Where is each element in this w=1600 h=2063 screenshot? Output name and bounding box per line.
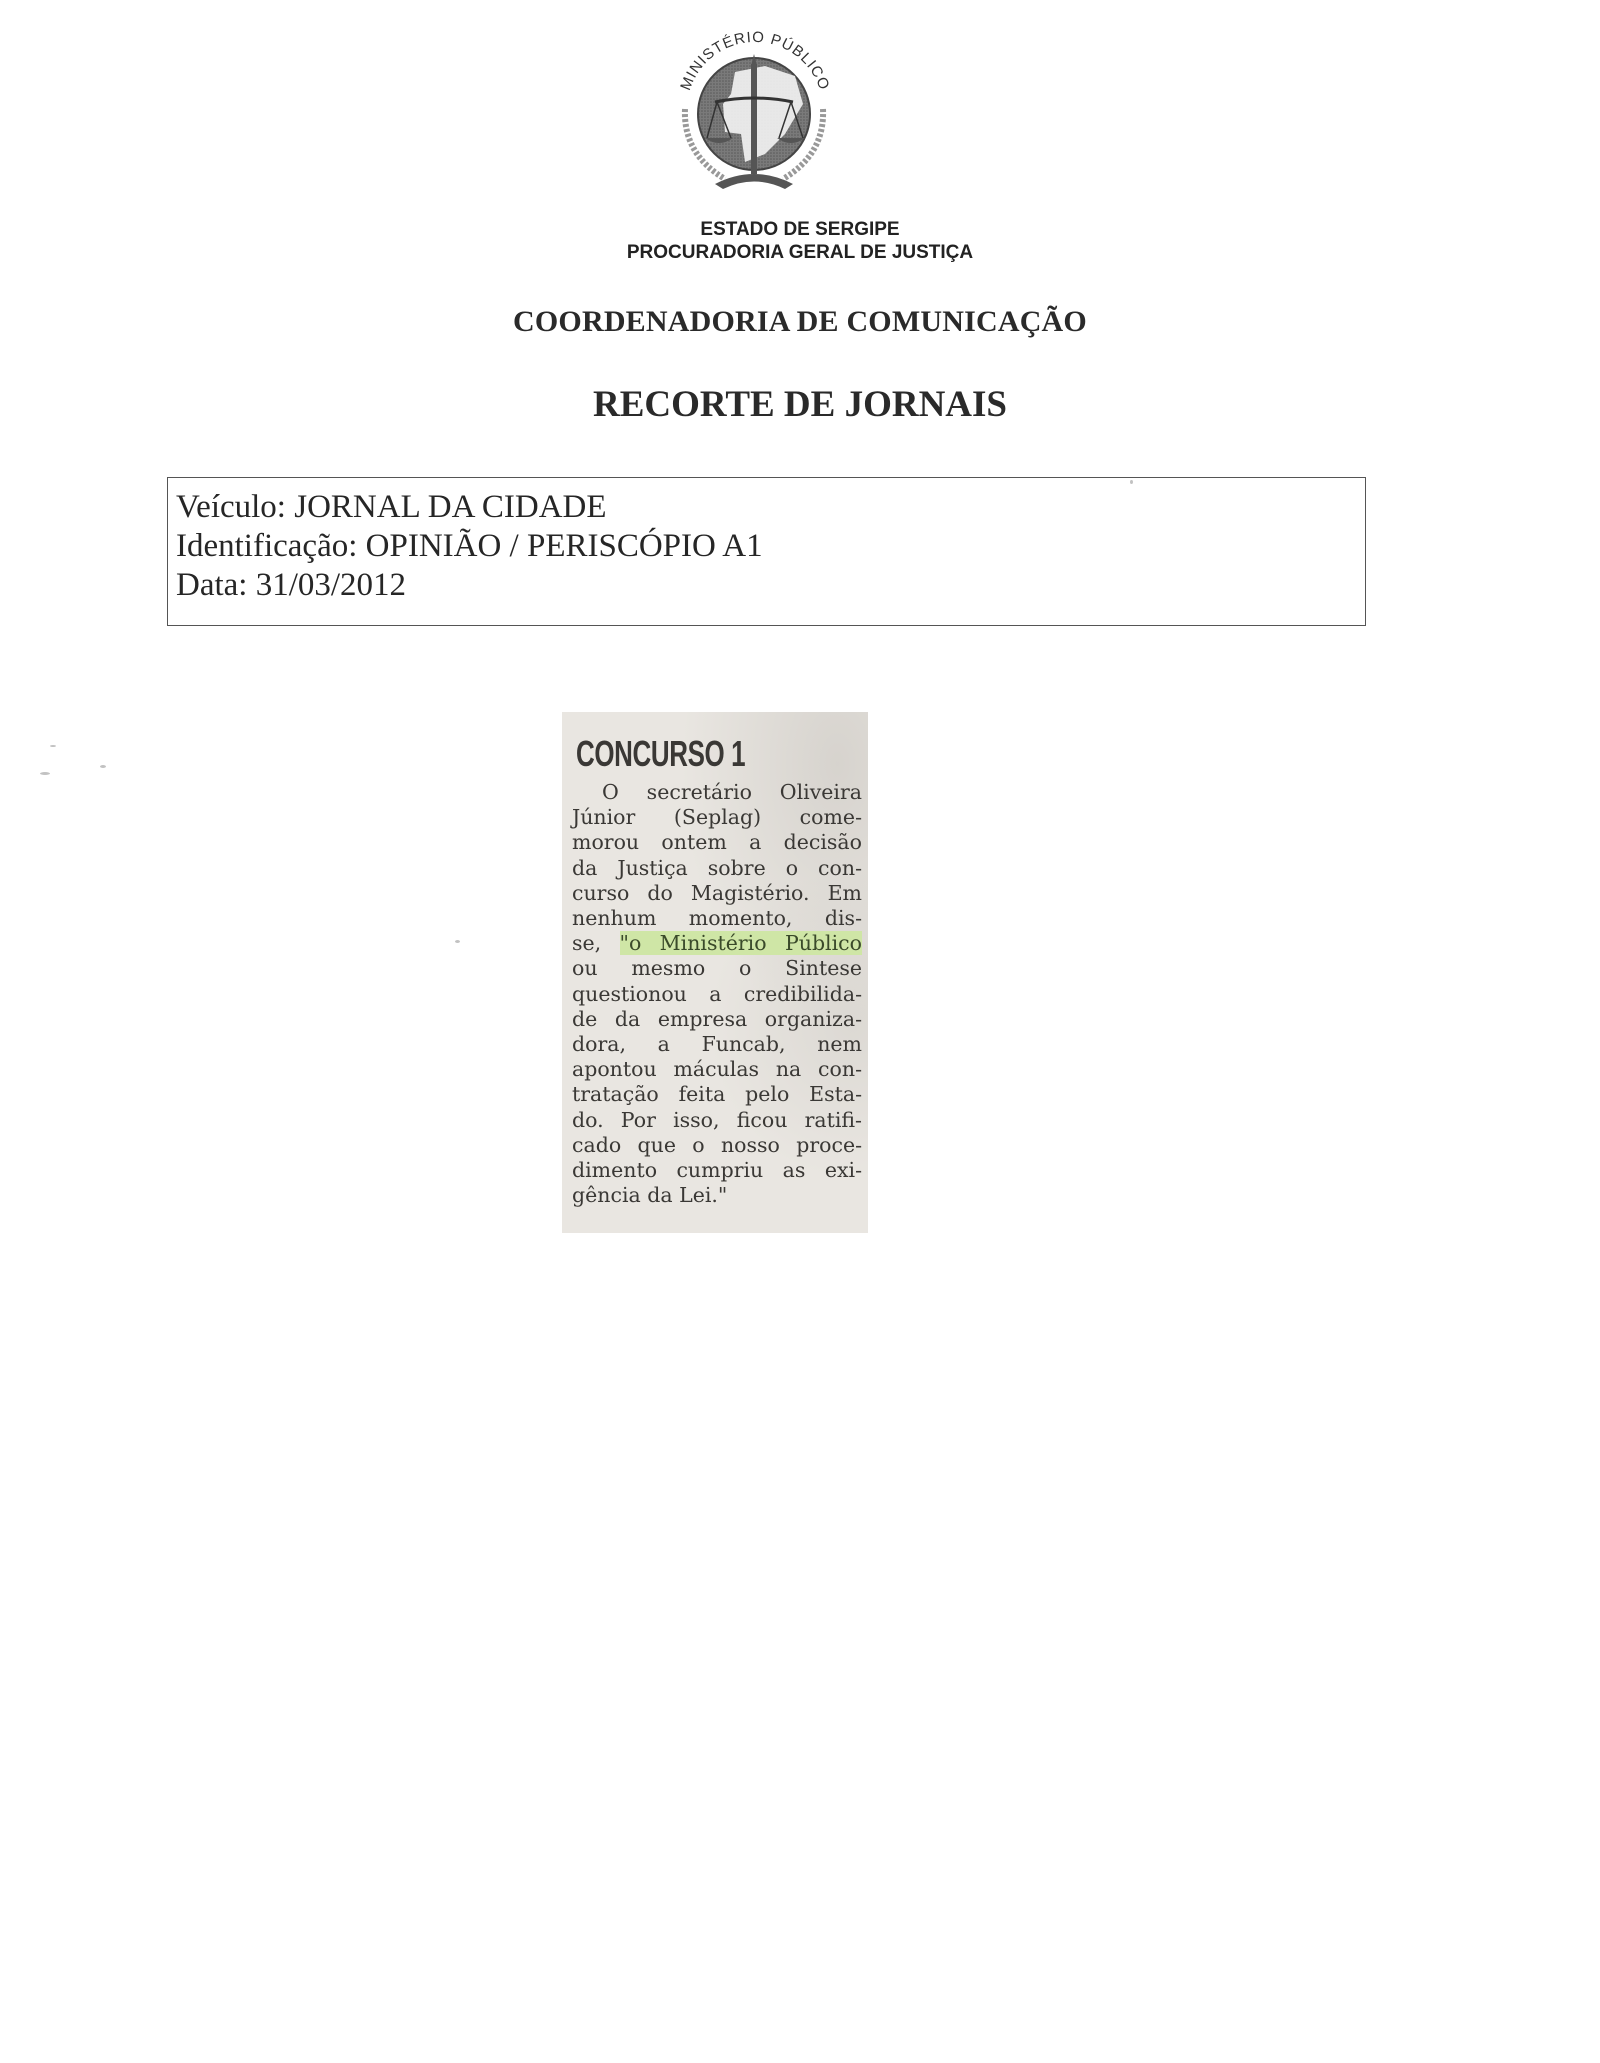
vehicle-value: JORNAL DA CIDADE bbox=[294, 489, 606, 525]
vehicle-label: Veículo: bbox=[176, 489, 286, 525]
state-name: ESTADO DE SERGIPE bbox=[0, 218, 1600, 241]
clipping-line-highlighted: se, "o Ministério Público bbox=[572, 931, 862, 956]
date-label: Data: bbox=[176, 567, 247, 603]
clipping-line: dimento cumpriu as exi- bbox=[572, 1158, 862, 1183]
office-name: PROCURADORIA GERAL DE JUSTIÇA bbox=[0, 241, 1600, 264]
clipping-line: Júnior (Seplag) come- bbox=[572, 805, 862, 830]
clipping-line: nenhum momento, dis- bbox=[572, 906, 862, 931]
scan-speck bbox=[50, 745, 56, 747]
identification-row: Identificação: OPINIÃO / PERISCÓPIO A1 bbox=[176, 527, 1365, 566]
clipping-line: ou mesmo o Sintese bbox=[572, 956, 862, 981]
clipping-line: gência da Lei." bbox=[572, 1183, 862, 1208]
clipping-line: dora, a Funcab, nem bbox=[572, 1032, 862, 1057]
clipping-info-box: Veículo: JORNAL DA CIDADE Identificação:… bbox=[167, 477, 1366, 626]
clipping-line: morou ontem a decisão bbox=[572, 830, 862, 855]
scan-speck bbox=[100, 765, 106, 768]
ministerio-publico-seal-icon: MINISTÉRIO PÚBLICO bbox=[665, 14, 843, 196]
clipping-line: O secretário Oliveira bbox=[572, 780, 862, 805]
clipping-headline: CONCURSO 1 bbox=[576, 734, 745, 774]
highlighted-text: "o Ministério Público bbox=[620, 931, 862, 955]
clipping-line: curso do Magistério. Em bbox=[572, 881, 862, 906]
scan-speck bbox=[40, 772, 50, 775]
clipping-line: de da empresa organiza- bbox=[572, 1007, 862, 1032]
clipping-line: cado que o nosso proce- bbox=[572, 1133, 862, 1158]
scan-speck bbox=[1130, 480, 1133, 484]
clipping-line: tratação feita pelo Esta- bbox=[572, 1082, 862, 1107]
clipping-line: do. Por isso, ficou ratifi- bbox=[572, 1108, 862, 1133]
clipping-line: da Justiça sobre o con- bbox=[572, 856, 862, 881]
clipping-body: O secretário Oliveira Júnior (Seplag) co… bbox=[572, 780, 862, 1208]
identification-label: Identificação: bbox=[176, 528, 357, 564]
clipping-line: questionou a credibilida- bbox=[572, 982, 862, 1007]
newspaper-clipping: CONCURSO 1 O secretário Oliveira Júnior … bbox=[562, 712, 868, 1233]
institution-header: ESTADO DE SERGIPE PROCURADORIA GERAL DE … bbox=[0, 218, 1600, 264]
date-row: Data: 31/03/2012 bbox=[176, 566, 1365, 605]
date-value: 31/03/2012 bbox=[256, 567, 406, 603]
clipping-line: apontou máculas na con- bbox=[572, 1057, 862, 1082]
vehicle-row: Veículo: JORNAL DA CIDADE bbox=[176, 488, 1365, 527]
department-title: COORDENADORIA DE COMUNICAÇÃO bbox=[0, 305, 1600, 339]
clipping-line-prefix: se, bbox=[572, 931, 620, 955]
identification-value: OPINIÃO / PERISCÓPIO A1 bbox=[366, 528, 763, 564]
scan-speck bbox=[455, 940, 460, 943]
page-title: RECORTE DE JORNAIS bbox=[0, 383, 1600, 426]
